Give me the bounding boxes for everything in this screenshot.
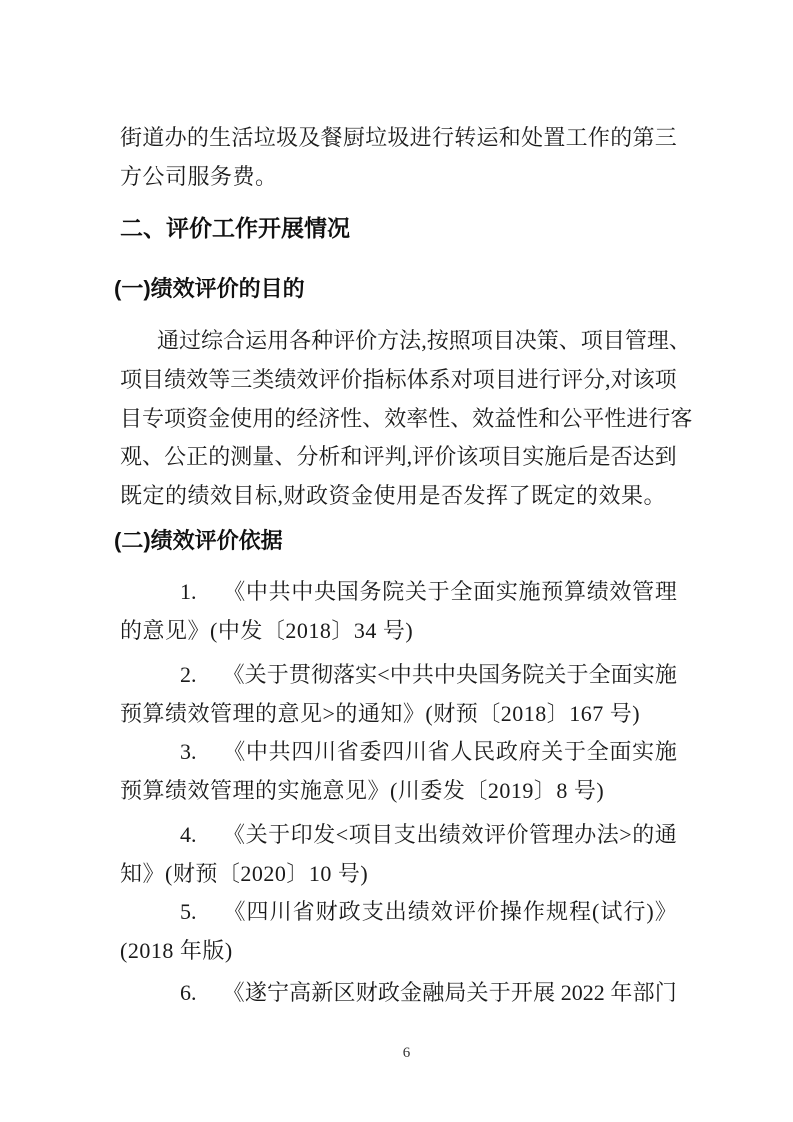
char-token: 的 [208,438,230,477]
char-token: 理 [552,816,574,855]
char-token: 绩 [439,816,461,855]
reference-number: 2. [180,656,197,695]
char-token: 规 [546,893,568,932]
char-token: ) [646,893,653,932]
char-token: 价 [477,893,499,932]
char-token: 四 [291,733,313,772]
char-token: 财 [316,893,338,932]
char-token: 操 [500,893,522,932]
char-token: 新 [311,974,333,1013]
char-token: 金 [208,400,230,439]
char-token: 的 [632,816,654,855]
char-token: 判 [385,438,407,477]
char-token: 项 [473,361,495,400]
char-token: 施 [655,656,677,695]
intro-paragraph: 街道办的生活垃圾及餐厨垃圾进行转运和处置工作的第三 方公司服务费。 [120,119,677,197]
char-token: 绩 [164,361,186,400]
char-token: 《 [224,893,246,932]
char-token: 量 [252,438,274,477]
char-token: 关 [541,733,563,772]
char-token: 测 [230,438,252,477]
char-token: 国 [478,656,500,695]
char-token: 理 [655,573,677,612]
char-token: 《 [223,733,245,772]
char-token: 于 [267,656,289,695]
char-token: 金 [400,974,422,1013]
char-token: 预 [541,573,563,612]
char-token: 法 [399,322,421,361]
char-token: 于 [489,974,511,1013]
char-token: 对 [451,361,473,400]
char-token: 评 [333,322,355,361]
char-token: 道 [142,119,164,158]
char-token: 类 [252,361,274,400]
char-token: 川 [314,733,336,772]
char-token: 评 [363,438,385,477]
char-token: 通 [655,816,677,855]
char-token: 效 [609,573,631,612]
char-token: 各 [289,322,311,361]
char-token: 于 [268,816,290,855]
char-token: 处 [521,119,543,158]
section-heading: 二、评价工作开展情况 [120,215,677,243]
reference-line: (2018 年版) [120,932,677,971]
char-token: 项 [581,322,603,361]
char-token: 效 [186,361,208,400]
char-token: 四 [247,893,269,932]
char-token: 项 [655,361,677,400]
char-token: 融 [422,974,444,1013]
char-token: 转 [454,119,476,158]
char-token: 标 [385,361,407,400]
reference-item: 6. 《遂宁高新区财政金融局关于开展 2022 年部门 [120,974,677,1013]
char-token: 的 [187,119,209,158]
paragraph-line: 观、公正的测量、分析和评判,评价该项目实施后是否达到 [120,438,677,477]
reference-number: 4. [180,816,197,855]
char-token: 全 [450,573,472,612]
char-token: 效 [296,361,318,400]
char-token: 政 [339,893,361,932]
char-token: 、 [142,438,164,477]
char-token: 体 [407,361,429,400]
reference-item: 3. 《中共四川省委四川省人民政府关于全面实施 预算绩效管理的实施意见》(川委发… [120,733,677,811]
char-token: 平 [582,400,604,439]
char-token: 关 [467,974,489,1013]
char-token: 三 [230,361,252,400]
reference-number: 3. [180,733,197,772]
char-token: 施 [544,438,566,477]
char-token: 试 [600,893,622,932]
char-token: 进 [517,361,539,400]
char-token: 厨 [343,119,365,158]
char-token: 、 [274,438,296,477]
char-token: 资 [186,400,208,439]
char-token: 照 [449,322,471,361]
char-token: 国 [337,573,359,612]
char-token: 效 [461,816,483,855]
char-token: 行 [432,119,454,158]
char-token: 价 [434,438,456,477]
char-token: 关 [544,656,566,695]
char-token: 评 [412,438,434,477]
char-token: 院 [382,573,404,612]
char-token: 管 [529,816,551,855]
char-token: 观 [120,438,142,477]
char-token: 区 [334,974,356,1013]
char-token: 项 [478,438,500,477]
char-token: 决 [515,322,537,361]
reference-line: 预算绩效管理的实施意见》(川委发〔2019〕8 号) [120,772,677,811]
char-token: 出 [385,893,407,932]
char-token: 用 [267,322,289,361]
char-token: 展 [533,974,555,1013]
char-token: 实 [632,733,654,772]
char-token: 使 [230,400,252,439]
char-token: 绩 [274,361,296,400]
char-token: 实 [633,656,655,695]
char-token: 四 [382,733,404,772]
char-token: 、 [362,400,384,439]
char-token: 作 [523,893,545,932]
char-token: 管 [632,573,654,612]
char-token: 种 [311,322,333,361]
char-token: 及 [298,119,320,158]
char-token: 绩 [587,573,609,612]
char-token: 目 [603,322,625,361]
document-page: 街道办的生活垃圾及餐厨垃圾进行转运和处置工作的第三 方公司服务费。 二、评价工作… [0,0,793,1122]
char-token: < [336,816,348,855]
reference-item: 5. 《四川省财政支出绩效评价操作规程(试行)》 (2018 年版) [120,893,677,971]
reference-line: 3. 《中共四川省委四川省人民政府关于全面实施 [120,733,677,772]
char-token: 析 [318,438,340,477]
char-token: 生 [209,119,231,158]
char-token: 面 [611,656,633,695]
char-token: 高 [289,974,311,1013]
char-token: 省 [428,733,450,772]
char-token: 进 [626,400,648,439]
char-token: 圾 [276,119,298,158]
char-token: 中 [434,656,456,695]
char-token: 《 [223,656,245,695]
char-token: 实 [355,656,377,695]
reference-item: 2. 《关于贯彻落实<中共中央国务院关于全面实施 预算绩效管理的意见>的通知》(… [120,656,677,734]
char-token: 彻 [311,656,333,695]
char-token: 共 [269,573,291,612]
char-token: 指 [363,361,385,400]
reference-number: 6. [180,974,197,1013]
char-token: 评 [454,893,476,932]
char-token: 第 [632,119,654,158]
char-token: 和 [499,119,521,158]
reference-item: 1. 《中共中央国务院关于全面实施预算绩效管理 的意见》(中发〔2018〕34 … [120,573,677,651]
char-token: 算 [564,573,586,612]
char-token: 府 [519,733,541,772]
char-token: 关 [405,573,427,612]
char-token: 按 [427,322,449,361]
char-token: 性 [428,400,450,439]
char-token: 的 [610,119,632,158]
char-token: 门 [655,974,677,1013]
char-token: 办 [574,816,596,855]
char-token: 省 [293,893,315,932]
subsection-1-heading: (一)绩效评价的目的 [114,276,671,302]
char-token: 餐 [321,119,343,158]
char-token: 关 [246,816,268,855]
char-token: 支 [362,893,384,932]
char-token: 公 [164,438,186,477]
char-token: 、 [450,400,472,439]
char-token: 院 [522,656,544,695]
char-token: 分 [583,361,605,400]
char-token: 于 [564,733,586,772]
char-token: 率 [406,400,428,439]
char-token: 行 [623,893,645,932]
char-token: 垃 [254,119,276,158]
char-token: 用 [252,400,274,439]
char-token: 进 [410,119,432,158]
char-token: 性 [604,400,626,439]
char-token: 对 [611,361,633,400]
char-token: 于 [428,573,450,612]
subsection-2-heading: (二)绩效评价依据 [114,528,671,554]
char-token: 、 [669,322,691,361]
reference-line: 5. 《四川省财政支出绩效评价操作规程(试行)》 [120,893,677,932]
char-token: 2022 [555,974,610,1013]
char-token: 济 [318,400,340,439]
char-token: 街 [120,119,142,158]
char-token: 目 [500,438,522,477]
char-token: 《 [223,573,245,612]
char-token: ( [592,893,599,932]
char-token: 办 [165,119,187,158]
char-token: 中 [291,573,313,612]
paragraph-line: 目专项资金使用的经济性、效率性、效益性和公平性进行客 [120,400,677,439]
char-token: 施 [655,733,677,772]
char-token: 全 [587,733,609,772]
reference-line: 的意见》(中发〔2018〕34 号) [120,612,677,651]
char-token: 项 [120,361,142,400]
char-token: < [377,656,389,695]
char-token: 活 [231,119,253,158]
char-token: 后 [566,438,588,477]
char-token: 作 [588,119,610,158]
char-token: 客 [670,400,692,439]
purpose-paragraph: 通过综合运用各种评价方法,按照项目决策、项目管理、 项目绩效等三类绩效评价指标体… [120,322,677,516]
reference-line: 预算绩效管理的意见>的通知》(财预〔2018〕167 号) [120,695,677,734]
char-token: 目 [495,361,517,400]
page-number: 6 [10,1043,793,1063]
char-token: 绩 [408,893,430,932]
char-token: 省 [337,733,359,772]
paragraph-line: 既定的绩效目标,财政资金使用是否发挥了既定的效果。 [120,477,677,516]
char-token: 该 [456,438,478,477]
char-token: 效 [384,400,406,439]
char-token: 民 [473,733,495,772]
char-token: 发 [313,816,335,855]
char-token: 否 [611,438,633,477]
paragraph-line: 通过综合运用各种评价方法,按照项目决策、项目管理、 [120,322,677,361]
reference-line: 4. 《关于印发<项目支出绩效评价管理办法>的通 [120,816,677,855]
reference-number: 1. [180,573,197,612]
char-token: 局 [444,974,466,1013]
char-token: 程 [569,893,591,932]
char-token: 全 [589,656,611,695]
char-token: 施 [519,573,541,612]
char-token: 三 [655,119,677,158]
char-token: 项 [164,400,186,439]
reference-line: 6. 《遂宁高新区财政金融局关于开展 2022 年部门 [120,974,677,1013]
char-token: 垃 [365,119,387,158]
char-token: 实 [522,438,544,477]
char-token: 圾 [387,119,409,158]
char-token: 《 [223,974,245,1013]
char-token: 过 [179,322,201,361]
char-token: 行 [648,400,670,439]
char-token: 》 [655,893,677,932]
reference-line: 2. 《关于贯彻落实<中共中央国务院关于全面实施 [120,656,677,695]
char-token: 到 [655,438,677,477]
char-token: 理 [647,322,669,361]
char-token: 年 [610,974,632,1013]
char-token: 等 [208,361,230,400]
char-token: 置 [543,119,565,158]
char-token: 价 [507,816,529,855]
char-token: 经 [296,400,318,439]
char-token: 、 [559,322,581,361]
char-token: 支 [394,816,416,855]
char-token: 专 [142,400,164,439]
char-token: 是 [589,438,611,477]
char-token: 运 [245,322,267,361]
char-token: 公 [560,400,582,439]
char-token: 央 [314,573,336,612]
char-token: 项 [349,816,371,855]
char-token: 央 [456,656,478,695]
char-token: 川 [405,733,427,772]
char-token: 开 [511,974,533,1013]
char-token: 正 [186,438,208,477]
char-token: 行 [539,361,561,400]
char-token: 面 [473,573,495,612]
char-token: 分 [296,438,318,477]
char-token: 委 [360,733,382,772]
char-token: 目 [493,322,515,361]
char-token: 工 [566,119,588,158]
char-token: 评 [318,361,340,400]
char-token: 法 [597,816,619,855]
char-token: 目 [142,361,164,400]
char-token: 价 [340,361,362,400]
reference-line: 1. 《中共中央国务院关于全面实施预算绩效管理 [120,573,677,612]
char-token: 财 [356,974,378,1013]
reference-item: 4. 《关于印发<项目支出绩效评价管理办法>的通 知》(财预〔2020〕10 号… [120,816,677,894]
char-token: 综 [201,322,223,361]
paragraph-line: 街道办的生活垃圾及餐厨垃圾进行转运和处置工作的第三 [120,119,677,158]
char-token: 于 [566,656,588,695]
char-token: 的 [274,400,296,439]
char-token: 《 [223,816,245,855]
char-token: 共 [269,733,291,772]
char-token: 性 [340,400,362,439]
char-token: 遂 [245,974,267,1013]
char-token: 目 [371,816,393,855]
char-token: 项 [471,322,493,361]
char-token: 目 [120,400,142,439]
char-token: 贯 [289,656,311,695]
char-token: 实 [496,573,518,612]
char-token: 评 [561,361,583,400]
char-token: 川 [270,893,292,932]
char-token: 运 [477,119,499,158]
char-token: 通 [157,322,179,361]
char-token: 面 [609,733,631,772]
char-token: 政 [496,733,518,772]
char-token: 政 [378,974,400,1013]
char-token: 评 [484,816,506,855]
char-token: 该 [633,361,655,400]
char-token: 合 [223,322,245,361]
paragraph-line: 项目绩效等三类绩效评价指标体系对项目进行评分,对该项 [120,361,677,400]
char-token: 和 [340,438,362,477]
char-token: 宁 [267,974,289,1013]
char-token: 价 [355,322,377,361]
char-token: 印 [291,816,313,855]
char-token: 务 [500,656,522,695]
char-token: 人 [450,733,472,772]
char-token: 关 [245,656,267,695]
char-token: 共 [412,656,434,695]
paragraph-line: 方公司服务费。 [120,158,677,197]
char-token: 益 [494,400,516,439]
char-token: 部 [633,974,655,1013]
char-token: 管 [625,322,647,361]
char-token: 达 [633,438,655,477]
char-token: 和 [538,400,560,439]
reference-number: 5. [180,893,197,932]
char-token: 策 [537,322,559,361]
reference-line: 知》(财预〔2020〕10 号) [120,855,677,894]
char-token: 方 [377,322,399,361]
char-token: 务 [360,573,382,612]
char-token: 系 [429,361,451,400]
char-token: 出 [416,816,438,855]
char-token: 中 [246,733,268,772]
char-token: > [619,816,631,855]
char-token: 性 [516,400,538,439]
char-token: 落 [333,656,355,695]
char-token: 中 [390,656,412,695]
char-token: 效 [472,400,494,439]
char-token: 中 [246,573,268,612]
char-token: 效 [431,893,453,932]
